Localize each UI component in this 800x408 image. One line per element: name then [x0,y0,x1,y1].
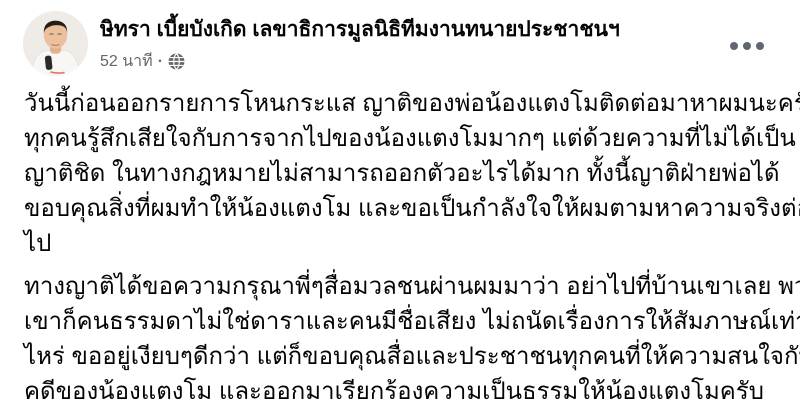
post-text-line: ทุกคนรู้สึกเสียใจกับการจากไปของน้องแตงโม… [24,121,784,156]
post-text-line: วันนี้ก่อนออกรายการโหนกระแส ญาติของพ่อน้… [24,86,784,121]
post-text-line: ไป [24,226,784,261]
post-card: ษิทรา เบี้ยบังเกิด เลขาธิการมูลนิธิทีมงา… [0,0,800,408]
post-text-line: ทางญาติได้ขอความกรุณาพี่ๆสื่อมวลชนผ่านผม… [24,269,784,304]
avatar[interactable] [23,11,88,76]
paragraph: วันนี้ก่อนออกรายการโหนกระแส ญาติของพ่อน้… [24,86,784,261]
globe-icon [168,53,185,70]
post-meta: 52 นาที · [100,49,730,74]
more-options-button[interactable] [724,32,770,60]
post-text-line: ขอบคุณสิ่งที่ผมทำให้น้องแตงโม และขอเป็นก… [24,191,784,226]
avatar-photo [23,11,88,76]
post-body: วันนี้ก่อนออกรายการโหนกระแส ญาติของพ่อน้… [24,86,784,408]
timestamp[interactable]: 52 นาที [100,49,153,74]
post-header: ษิทรา เบี้ยบังเกิด เลขาธิการมูลนิธิทีมงา… [0,0,800,86]
post-text-line: ไหร่ ขออยู่เงียบๆดีกว่า แต่ก็ขอบคุณสื่อแ… [24,339,784,374]
paragraph: ทางญาติได้ขอความกรุณาพี่ๆสื่อมวลชนผ่านผม… [24,269,784,408]
post-text-line: ญาติชิด ในทางกฎหมายไม่สามารถออกตัวอะไรได… [24,156,784,191]
author-name[interactable]: ษิทรา เบี้ยบังเกิด เลขาธิการมูลนิธิทีมงา… [100,15,730,45]
ellipsis-icon [730,42,738,50]
meta-separator: · [158,53,163,71]
post-text-line: คดีของน้องแตงโม และออกมาเรียกร้องความเป็… [24,374,784,408]
post-text-line: เขาก็คนธรรมดาไม่ใช่ดาราและคนมีชื่อเสียง … [24,304,784,339]
header-text: ษิทรา เบี้ยบังเกิด เลขาธิการมูลนิธิทีมงา… [100,15,730,74]
